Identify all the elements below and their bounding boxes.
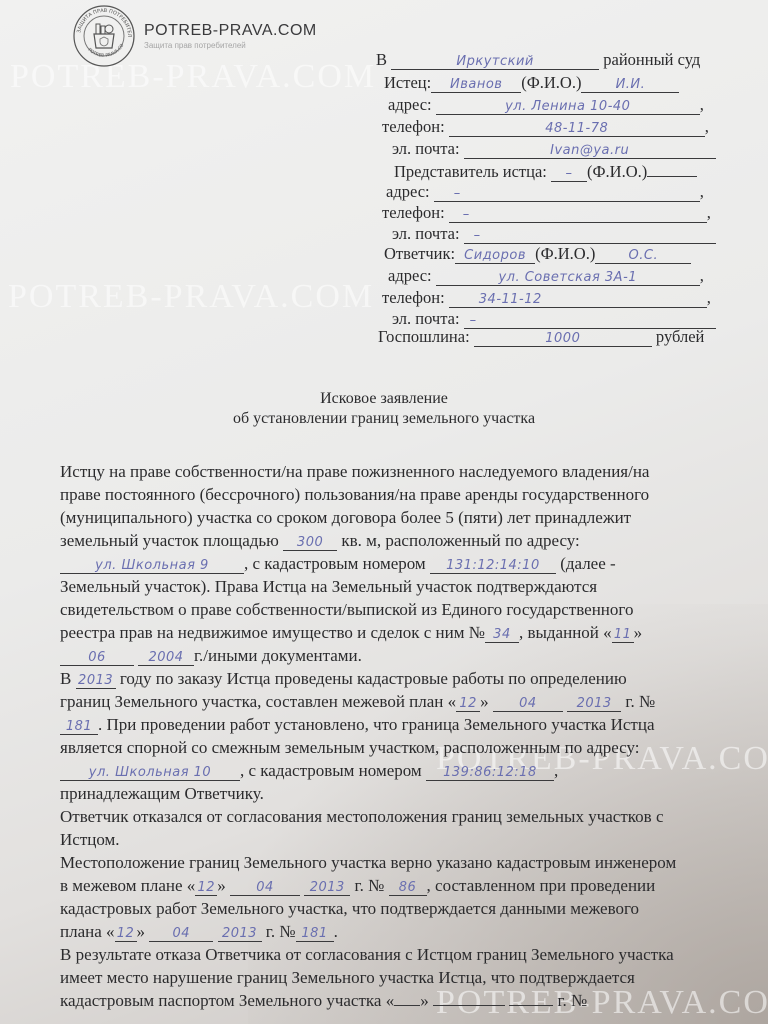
plaintiff-phone-field: телефон: 48-11-78,: [382, 117, 709, 137]
document-page: POTREB-PRAVA.COM POTREB-PRAVA.COM POTREB…: [0, 0, 768, 1024]
plaintiff-surname-line: Иванов: [431, 76, 521, 93]
defendant-field: Ответчик:Сидоров(Ф.И.О.)О.С.: [384, 244, 691, 264]
plaintiff-email-field: эл. почта: Ivan@ya.ru: [392, 139, 716, 159]
shopping-bag-shield-icon: ЗАЩИТА ПРАВ ПОТРЕБИТЕЛЕЙ POTREB-PRAVA.CO…: [72, 4, 136, 68]
representative-email-field: эл. почта: –: [392, 224, 716, 244]
logo-title: POTREB-PRAVA.COM: [144, 22, 317, 40]
representative-phone-field: телефон: –,: [382, 203, 711, 223]
state-fee-field: Госпошлина: 1000 рублей: [378, 327, 704, 347]
defendant-surname-line: Сидоров: [455, 247, 535, 264]
defendant-phone-field: телефон: 34-11-12,: [382, 288, 711, 308]
site-logo: ЗАЩИТА ПРАВ ПОТРЕБИТЕЛЕЙ POTREB-PRAVA.CO…: [72, 4, 317, 68]
body-text: Истцу на праве собственности/на праве по…: [60, 460, 676, 1012]
logo-subtitle: Защита прав потребителей: [144, 41, 317, 50]
court-name-line: Иркутский: [391, 53, 599, 70]
defendant-email-field: эл. почта: –: [392, 309, 716, 329]
plaintiff-address-field: адрес: ул. Ленина 10-40,: [388, 95, 704, 115]
svg-text:ЗАЩИТА ПРАВ ПОТРЕБИТЕЛЕЙ: ЗАЩИТА ПРАВ ПОТРЕБИТЕЛЕЙ: [72, 4, 132, 38]
watermark: POTREB-PRAVA.COM: [8, 278, 374, 316]
defendant-address-field: адрес: ул. Советская 3А-1,: [388, 266, 704, 286]
plaintiff-field: Истец:Иванов(Ф.И.О.)И.И.: [384, 73, 679, 93]
court-field: В Иркутский районный суд: [376, 50, 700, 70]
representative-address-field: адрес: –,: [386, 182, 704, 202]
document-title: Исковое заявление об установлении границ…: [0, 389, 768, 429]
representative-field: Представитель истца: –(Ф.И.О.): [394, 160, 697, 182]
plaintiff-initials-line: И.И.: [581, 76, 679, 93]
